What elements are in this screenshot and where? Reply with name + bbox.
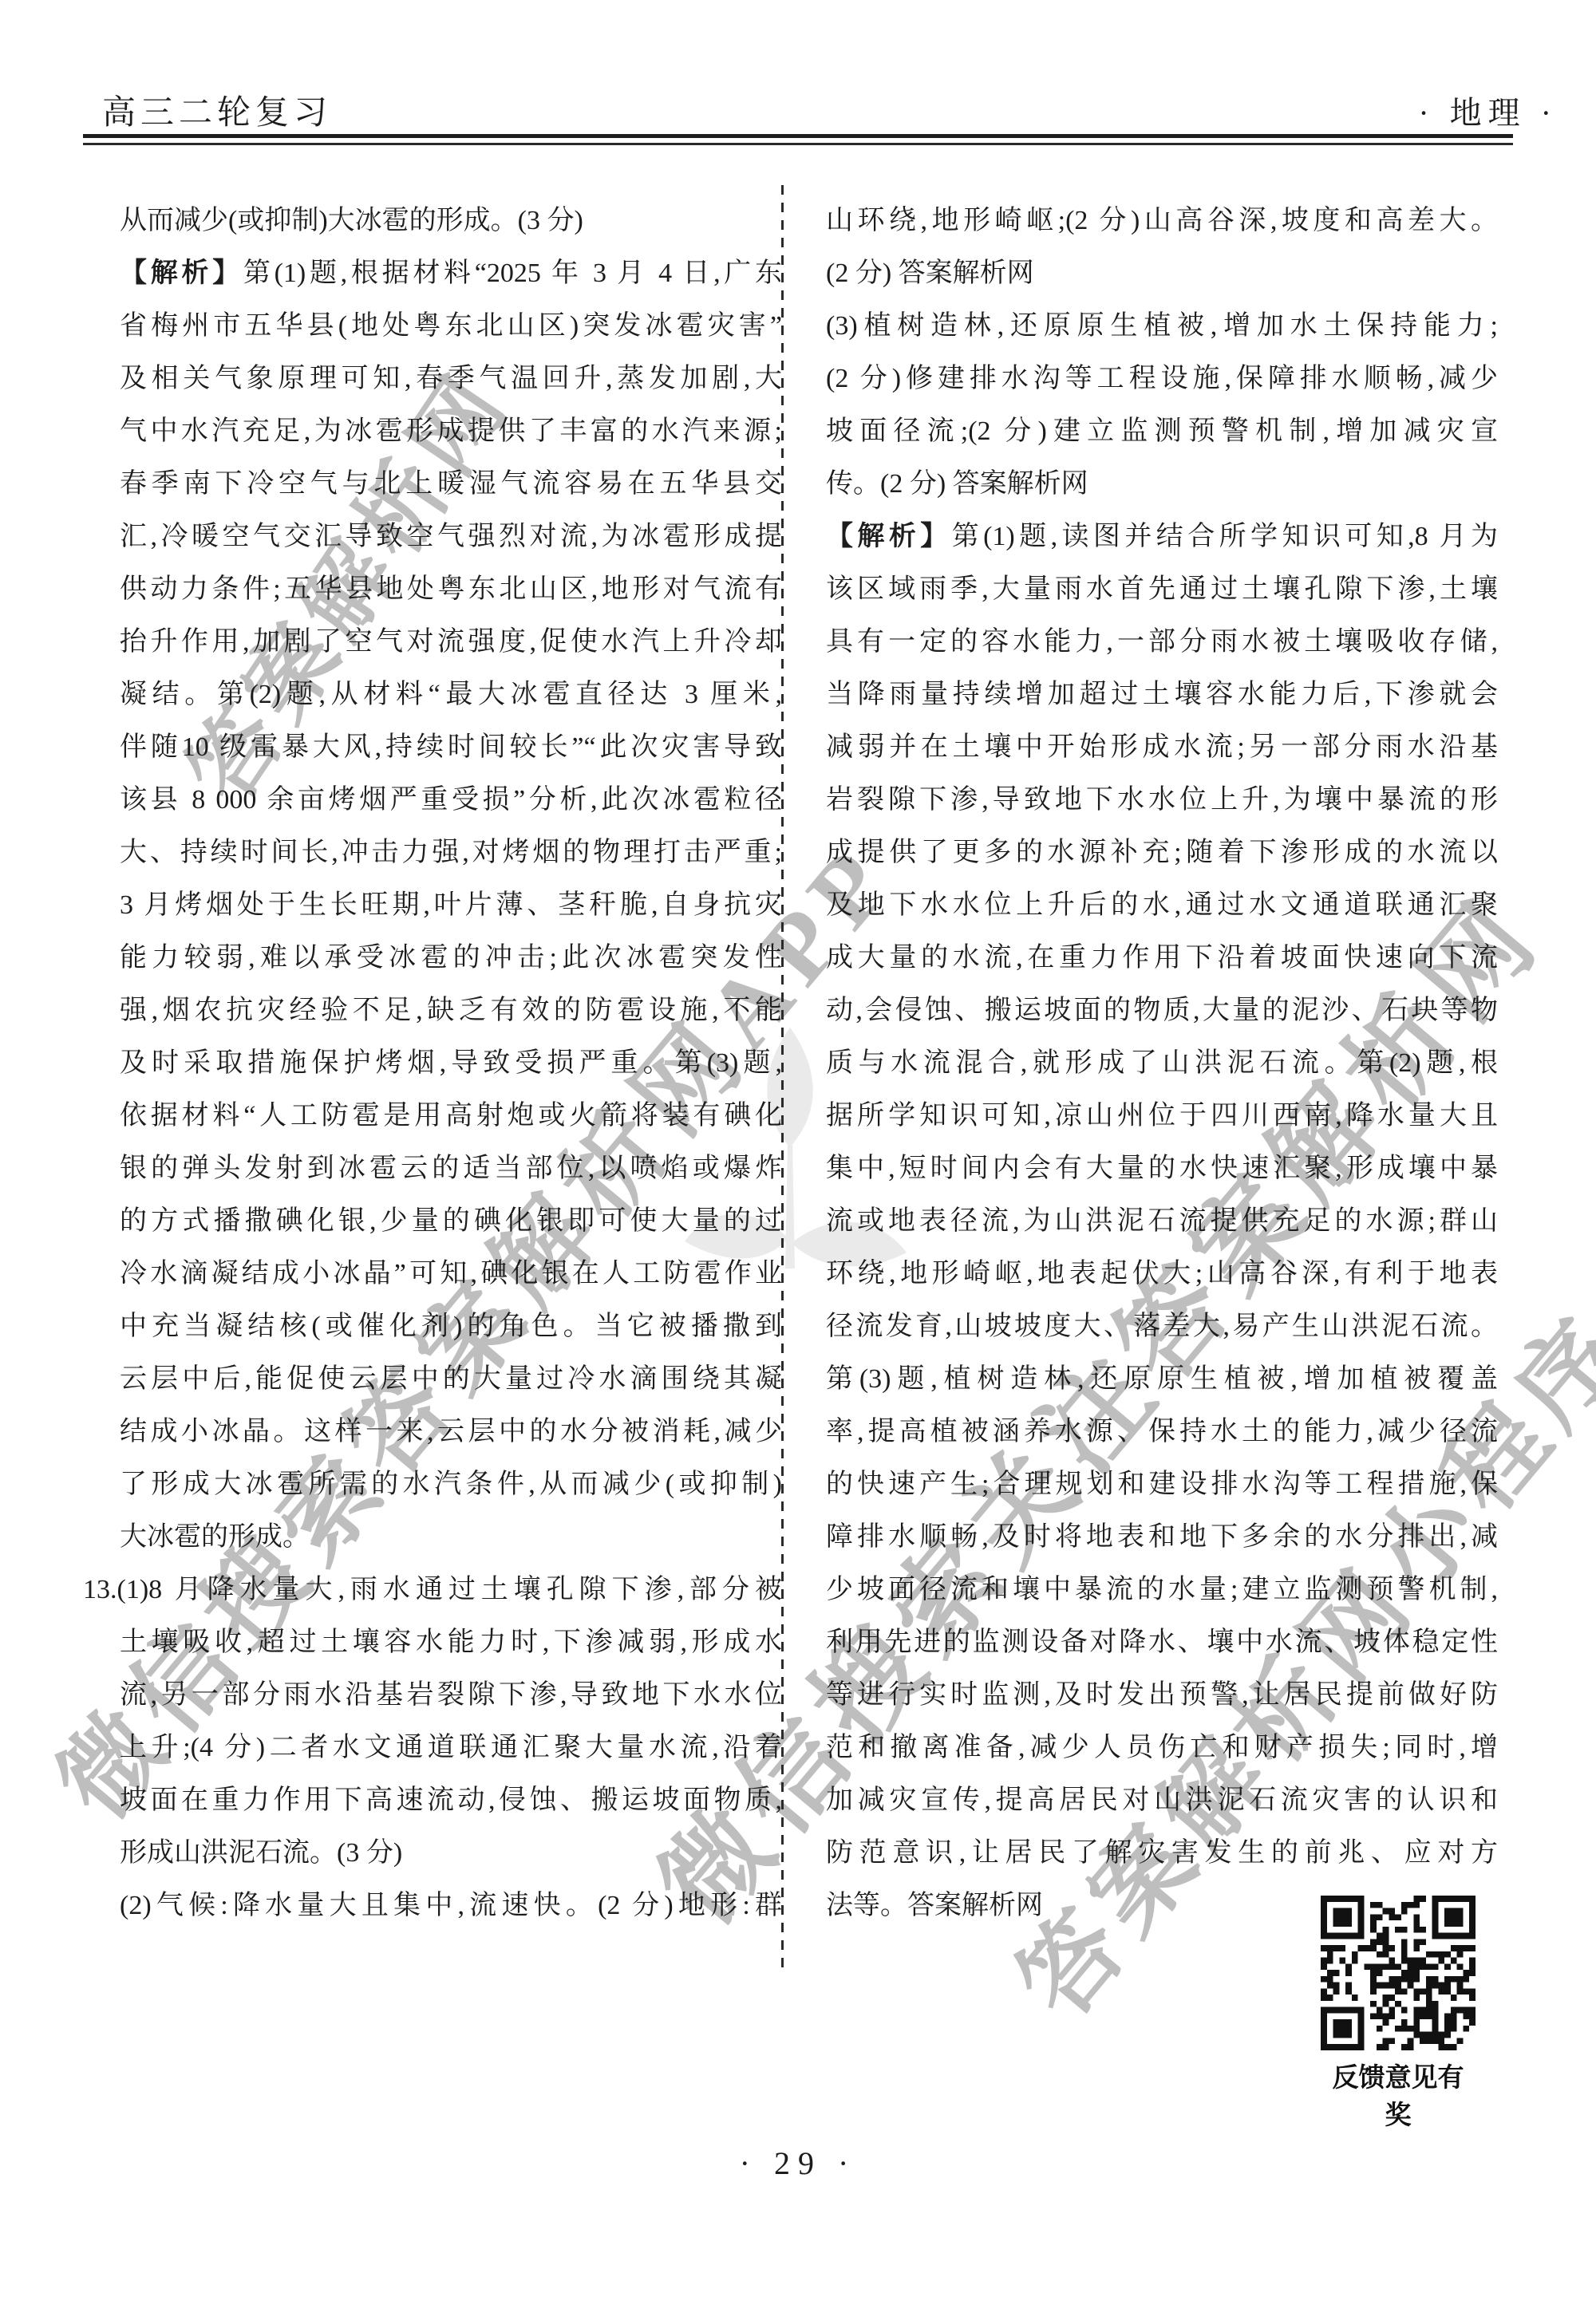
qr-block: 反馈意见有奖 [1321, 1896, 1476, 2132]
text-line: 凝结。第(2)题,从材料“最大冰雹直径达 3 厘米, [120, 669, 782, 721]
text-line: 范和撤离准备,减少人员伤亡和财产损失;同时,增 [826, 1722, 1498, 1774]
text-line: 【解析】第(1)题,根据材料“2025 年 3 月 4 日,广东 [120, 247, 782, 300]
text-line: 从而减少(或抑制)大冰雹的形成。(3 分) [120, 195, 782, 247]
text-line: 及地下水水位上升后的水,通过水文通道联通汇聚 [826, 879, 1498, 932]
text-line: 及相关气象原理可知,春季气温回升,蒸发加剧,大 [120, 353, 782, 405]
text-line: 质与水流混合,就形成了山洪泥石流。第(2)题,根 [826, 1037, 1498, 1090]
text-line: 强,烟农抗灾经验不足,缺乏有效的防雹设施,不能 [120, 984, 782, 1037]
text-line: 减弱并在土壤中开始形成水流;另一部分雨水沿基 [826, 721, 1498, 774]
text-line: 流或地表径流,为山洪泥石流提供充足的水源;群山 [826, 1195, 1498, 1248]
text-line: 结成小冰晶。这样一来,云层中的水分被消耗,减少 [120, 1406, 782, 1458]
text-line: 冷水滴凝结成小冰晶”可知,碘化银在人工防雹作业 [120, 1248, 782, 1300]
text-line: 气中水汽充足,为冰雹形成提供了丰富的水汽来源; [120, 405, 782, 458]
text-line: 该县 8 000 余亩烤烟严重受损”分析,此次冰雹粒径 [120, 774, 782, 827]
text-line: 成提供了更多的水源补充;随着下渗形成的水流以 [826, 827, 1498, 879]
text-line: 该区域雨季,大量雨水首先通过土壤孔隙下渗,土壤 [826, 563, 1498, 616]
text-line: 供动力条件;五华县地处粤东北山区,地形对气流有 [120, 563, 782, 616]
text-line: (2 分)修建排水沟等工程设施,保障排水顺畅,减少 [826, 353, 1498, 405]
text-line: 伴随10 级雷暴大风,持续时间较长”“此次灾害导致 [120, 721, 782, 774]
text-line: 第(3)题,植树造林,还原原生植被,增加植被覆盖 [826, 1353, 1498, 1406]
qr-code [1321, 1896, 1476, 2050]
text-line: 率,提高植被涵养水源、保持水土的能力,减少径流 [826, 1406, 1498, 1458]
text-line: 径流发育,山坡坡度大、落差大,易产生山洪泥石流。 [826, 1300, 1498, 1353]
text-line: 上升;(4 分)二者水文通道联通汇聚大量水流,沿着 [120, 1722, 782, 1774]
text-line: 大、持续时间长,冲击力强,对烤烟的物理打击严重; [120, 827, 782, 879]
text-line: 【解析】第(1)题,读图并结合所学知识可知,8 月为 [826, 511, 1498, 563]
text-line: 当降雨量持续增加超过土壤容水能力后,下渗就会 [826, 669, 1498, 721]
text-line: 障排水顺畅,及时将地表和地下多余的水分排出,减 [826, 1511, 1498, 1564]
text-line: 具有一定的容水能力,一部分雨水被土壤吸收存储, [826, 616, 1498, 669]
text-line: 土壤吸收,超过土壤容水能力时,下渗减弱,形成水 [120, 1616, 782, 1669]
text-line: 传。(2 分) 答案解析网 [826, 458, 1498, 511]
text-line: 据所学知识可知,凉山州位于四川西南,降水量大且 [826, 1090, 1498, 1142]
text-line: 等进行实时监测,及时发出预警,让居民提前做好防 [826, 1669, 1498, 1722]
text-line: (2)气候:降水量大且集中,流速快。(2 分)地形:群 [120, 1880, 782, 1932]
text-line: 能力较弱,难以承受冰雹的冲击;此次冰雹突发性 [120, 932, 782, 984]
text-line: 省梅州市五华县(地处粤东北山区)突发冰雹灾害” [120, 300, 782, 353]
text-line: 及时采取措施保护烤烟,导致受损严重。第(3)题, [120, 1037, 782, 1090]
page-number: · 29 · [0, 2144, 1596, 2182]
text-line: 岩裂隙下渗,导致地下水水位上升,为壤中暴流的形 [826, 774, 1498, 827]
qr-caption: 反馈意见有奖 [1321, 2057, 1476, 2132]
text-line: 汇,冷暖空气交汇导致空气强烈对流,为冰雹形成提 [120, 511, 782, 563]
text-line: 依据材料“人工防雹是用高射炮或火箭将装有碘化 [120, 1090, 782, 1142]
text-line: 环绕,地形崎岖,地表起伏大;山高谷深,有利于地表 [826, 1248, 1498, 1300]
text-line: 3 月烤烟处于生长旺期,叶片薄、茎秆脆,自身抗灾 [120, 879, 782, 932]
text-line: 成大量的水流,在重力作用下沿着坡面快速向下流 [826, 932, 1498, 984]
left-text-column: 从而减少(或抑制)大冰雹的形成。(3 分)【解析】第(1)题,根据材料“2025… [120, 195, 782, 1932]
text-line: (3)植树造林,还原原生植被,增加水土保持能力; [826, 300, 1498, 353]
right-text-column: 山环绕,地形崎岖;(2 分)山高谷深,坡度和高差大。(2 分) 答案解析网(3)… [826, 195, 1498, 1932]
text-line: 流,另一部分雨水沿基岩裂隙下渗,导致地下水水位 [120, 1669, 782, 1722]
text-line: 抬升作用,加剧了空气对流强度,促使水汽上升冷却 [120, 616, 782, 669]
text-line: 中充当凝结核(或催化剂)的角色。当它被播撒到 [120, 1300, 782, 1353]
page-header-title: 高三二轮复习 [102, 86, 332, 134]
text-line: 坡面径流;(2 分)建立监测预警机制,增加减灾宣 [826, 405, 1498, 458]
text-line: 云层中后,能促使云层中的大量过冷水滴围绕其凝 [120, 1353, 782, 1406]
page-header-subject: · 地理 · [1418, 88, 1558, 133]
text-line: 山环绕,地形崎岖;(2 分)山高谷深,坡度和高差大。 [826, 195, 1498, 247]
text-line: (2 分) 答案解析网 [826, 247, 1498, 300]
text-line: 集中,短时间内会有大量的水快速汇聚,形成壤中暴 [826, 1142, 1498, 1195]
header-rule-bottom [83, 143, 1513, 145]
text-line: 13.(1)8 月降水量大,雨水通过土壤孔隙下渗,部分被 [83, 1564, 782, 1616]
text-line: 少坡面径流和壤中暴流的水量;建立监测预警机制, [826, 1564, 1498, 1616]
text-line: 了形成大冰雹所需的水汽条件,从而减少(或抑制) [120, 1458, 782, 1511]
text-line: 利用先进的监测设备对降水、壤中水流、坡体稳定性 [826, 1616, 1498, 1669]
text-line: 动,会侵蚀、搬运坡面的物质,大量的泥沙、石块等物 [826, 984, 1498, 1037]
text-line: 形成山洪泥石流。(3 分) [120, 1827, 782, 1880]
text-line: 防范意识,让居民了解灾害发生的前兆、应对方 [826, 1827, 1498, 1880]
scanned-page: 答案解析网 微信搜索答案解析网APP 微信搜索关注答案解析网 答案解析网小程序 … [0, 0, 1596, 2324]
text-line: 的方式播撒碘化银,少量的碘化银即可使大量的过 [120, 1195, 782, 1248]
text-line: 的快速产生;合理规划和建设排水沟等工程措施,保 [826, 1458, 1498, 1511]
text-line: 加减灾宣传,提高居民对山洪泥石流灾害的认识和 [826, 1774, 1498, 1827]
text-line: 坡面在重力作用下高速流动,侵蚀、搬运坡面物质, [120, 1774, 782, 1827]
header-rule-top [83, 134, 1513, 138]
text-line: 银的弹头发射到冰雹云的适当部位,以喷焰或爆炸 [120, 1142, 782, 1195]
text-line: 春季南下冷空气与北上暖湿气流容易在五华县交 [120, 458, 782, 511]
text-line: 大冰雹的形成。 [120, 1511, 782, 1564]
